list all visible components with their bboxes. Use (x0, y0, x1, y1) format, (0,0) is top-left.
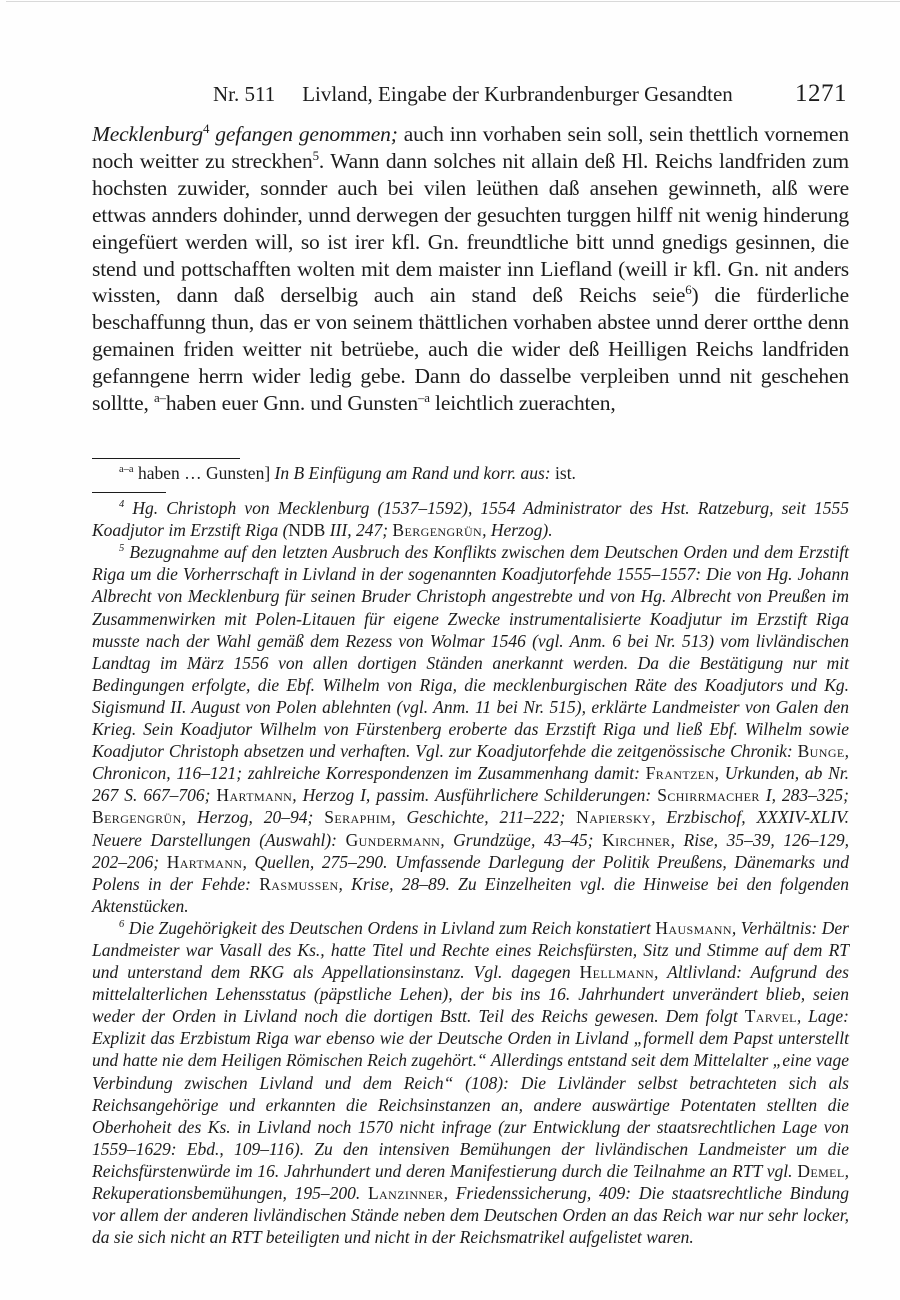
text-run: Hartmann (216, 785, 292, 805)
text-run: Lanzinner (368, 1183, 444, 1203)
text-run: Schirrmacher (657, 785, 760, 805)
text-run: Tarvel (745, 1006, 797, 1026)
apparatus-note: a–a haben … Gunsten] In B Einfügung am R… (92, 462, 849, 484)
footnote-4: 4 Hg. Christoph von Mecklenburg (1537–15… (92, 497, 849, 541)
footnote-6: 6 Die Zugehörigkeit des Deutschen Ordens… (92, 917, 849, 1248)
text-run: In B Einfügung am Rand und korr. aus: (275, 463, 555, 483)
text-run: haben euer Gnn. und Gunsten (166, 391, 418, 415)
page-number: 1271 (795, 80, 847, 108)
footnote-section: a–a haben … Gunsten] In B Einfügung am R… (92, 458, 849, 1248)
running-title: Livland, Eingabe der Kurbrandenburger Ge… (302, 82, 733, 107)
text-run: Rasmussen (259, 874, 338, 894)
text-run: Hartmann (167, 852, 243, 872)
text-run: , Herzog I, passim. Ausführlichere Schil… (292, 785, 657, 805)
text-run: Bergengrün (392, 520, 482, 540)
text-run: Gundermann (346, 830, 441, 850)
text-run: , Geschichte, 211–222; (391, 807, 576, 827)
text-run: Hausmann (655, 918, 732, 938)
text-run: Kirchner (602, 830, 671, 850)
note-marker: a–a (119, 464, 134, 475)
note-marker: a– (154, 391, 166, 405)
text-run: , Herzog). (482, 520, 552, 540)
text-run: NDB (288, 520, 325, 540)
text-run: Mecklenburg (92, 122, 203, 146)
note-marker: –a (418, 391, 430, 405)
text-run: Hellmann (580, 962, 655, 982)
text-run: Napiersky (576, 807, 651, 827)
footnote-separator (92, 492, 166, 493)
footnote-5: 5 Bezugnahme auf den letzten Ausbruch de… (92, 541, 849, 917)
text-run: Bezugnahme auf den letzten Ausbruch des … (92, 542, 849, 761)
text-run: Frantzen (646, 763, 715, 783)
scan-edge-artifact (6, 1, 900, 2)
text-run: , Herzog, 20–94; (182, 807, 325, 827)
main-text: Mecklenburg4 gefangen genommen; auch inn… (92, 121, 849, 417)
text-run: I, 283–325; (760, 785, 849, 805)
text-run: Bergengrün (92, 807, 182, 827)
text-run: Seraphim (324, 807, 391, 827)
book-page: Nr. 511 Livland, Eingabe der Kurbrandenb… (0, 0, 900, 1300)
page-header: Nr. 511 Livland, Eingabe der Kurbrandenb… (92, 80, 847, 108)
text-run: , Grundzüge, 43–45; (440, 830, 602, 850)
text-run: gefangen genommen; (209, 122, 398, 146)
text-run: Demel (797, 1161, 844, 1181)
text-run: III, 247; (325, 520, 392, 540)
text-run: ist. (555, 463, 576, 483)
doc-number: Nr. 511 (213, 82, 275, 107)
text-run: leichtlich zuerachten, (430, 391, 616, 415)
apparatus-separator (92, 458, 240, 459)
text-run: Die Zugehörigkeit des Deutschen Ordens i… (124, 918, 655, 938)
text-run: Bunge (798, 741, 845, 761)
text-run: , Lage: Explizit das Erzbistum Riga war … (92, 1006, 849, 1181)
text-run: haben … Gunsten] (134, 463, 275, 483)
